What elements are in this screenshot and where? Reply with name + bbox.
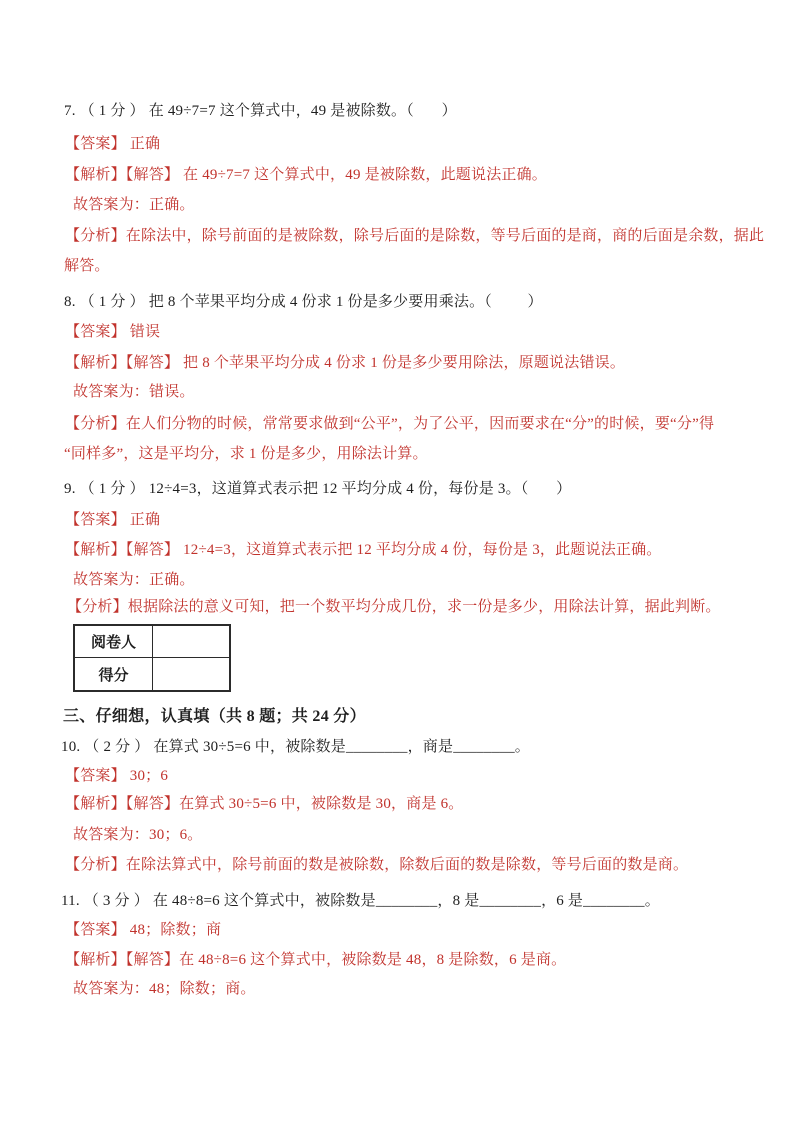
table-row-score: 得分 [75,658,229,690]
question-9-explanation-line: 【解析】【解答】 12÷4=3，这道算式表示把 12 平均分成 4 份，每份是 … [65,541,662,560]
grader-value-cell [153,626,229,657]
table-row-grader: 阅卷人 [75,626,229,658]
question-8-analysis-line: 【分析】在人们分物的时候，常常要求做到“公平”，为了公平，因而要求在“分”的时候… [65,415,714,434]
question-11-explanation-line: 【解析】【解答】在 48÷8=6 这个算式中，被除数是 48，8 是除数，6 是… [65,951,566,970]
question-7-conclusion-line: 故答案为：正确。 [73,196,195,215]
question-7-analysis-continuation: 解答。 [64,257,110,276]
question-7-analysis-line: 【分析】在除法中，除号前面的是被除数，除号后面的是除数，等号后面的是商，商的后面… [65,227,764,246]
section-three-title: 三、仔细想，认真填（共 8 题；共 24 分） [63,703,366,726]
grader-score-table: 阅卷人 得分 [73,624,231,692]
exam-answer-document-page: 7. （ 1 分 ） 在 49÷7=7 这个算式中，49 是被除数。（ ） 【答… [0,0,793,1122]
question-11-answer-line: 【答案】 48；除数；商 [65,921,221,940]
question-7-stem: 7. （ 1 分 ） 在 49÷7=7 这个算式中，49 是被除数。（ ） [64,102,457,121]
question-10-analysis-line: 【分析】在除法算式中，除号前面的数是被除数，除数后面的数是除数，等号后面的数是商… [65,856,688,875]
question-7-answer-line: 【答案】 正确 [65,135,160,154]
grader-label-cell: 阅卷人 [75,626,153,657]
question-8-conclusion-line: 故答案为：错误。 [73,383,195,402]
question-9-analysis-line: 【分析】根据除法的意义可知，把一个数平均分成几份，求一份是多少，用除法计算，据此… [67,598,721,617]
question-9-conclusion-line: 故答案为：正确。 [73,571,195,590]
question-10-conclusion-line: 故答案为：30；6。 [73,826,203,845]
question-8-explanation-line: 【解析】【解答】 把 8 个苹果平均分成 4 份求 1 份是多少要用除法，原题说… [65,354,625,373]
question-11-conclusion-line: 故答案为：48；除数；商。 [73,980,256,999]
score-value-cell [153,658,229,690]
score-label-cell: 得分 [75,658,153,690]
question-10-explanation-line: 【解析】【解答】在算式 30÷5=6 中，被除数是 30，商是 6。 [65,795,464,814]
question-9-stem: 9. （ 1 分 ） 12÷4=3，这道算式表示把 12 平均分成 4 份，每份… [64,480,571,499]
question-8-analysis-continuation: “同样多”，这是平均分，求 1 份是多少，用除法计算。 [64,445,428,464]
question-9-answer-line: 【答案】 正确 [65,511,160,530]
question-10-stem: 10. （ 2 分 ） 在算式 30÷5=6 中，被除数是________，商是… [61,738,530,757]
question-10-answer-line: 【答案】 30；6 [65,767,168,786]
question-11-stem: 11. （ 3 分 ） 在 48÷8=6 这个算式中，被除数是________，… [61,892,660,911]
question-7-explanation-line: 【解析】【解答】 在 49÷7=7 这个算式中，49 是被除数，此题说法正确。 [65,166,547,185]
question-8-answer-line: 【答案】 错误 [65,323,160,342]
question-8-stem: 8. （ 1 分 ） 把 8 个苹果平均分成 4 份求 1 份是多少要用乘法。（… [64,293,543,312]
